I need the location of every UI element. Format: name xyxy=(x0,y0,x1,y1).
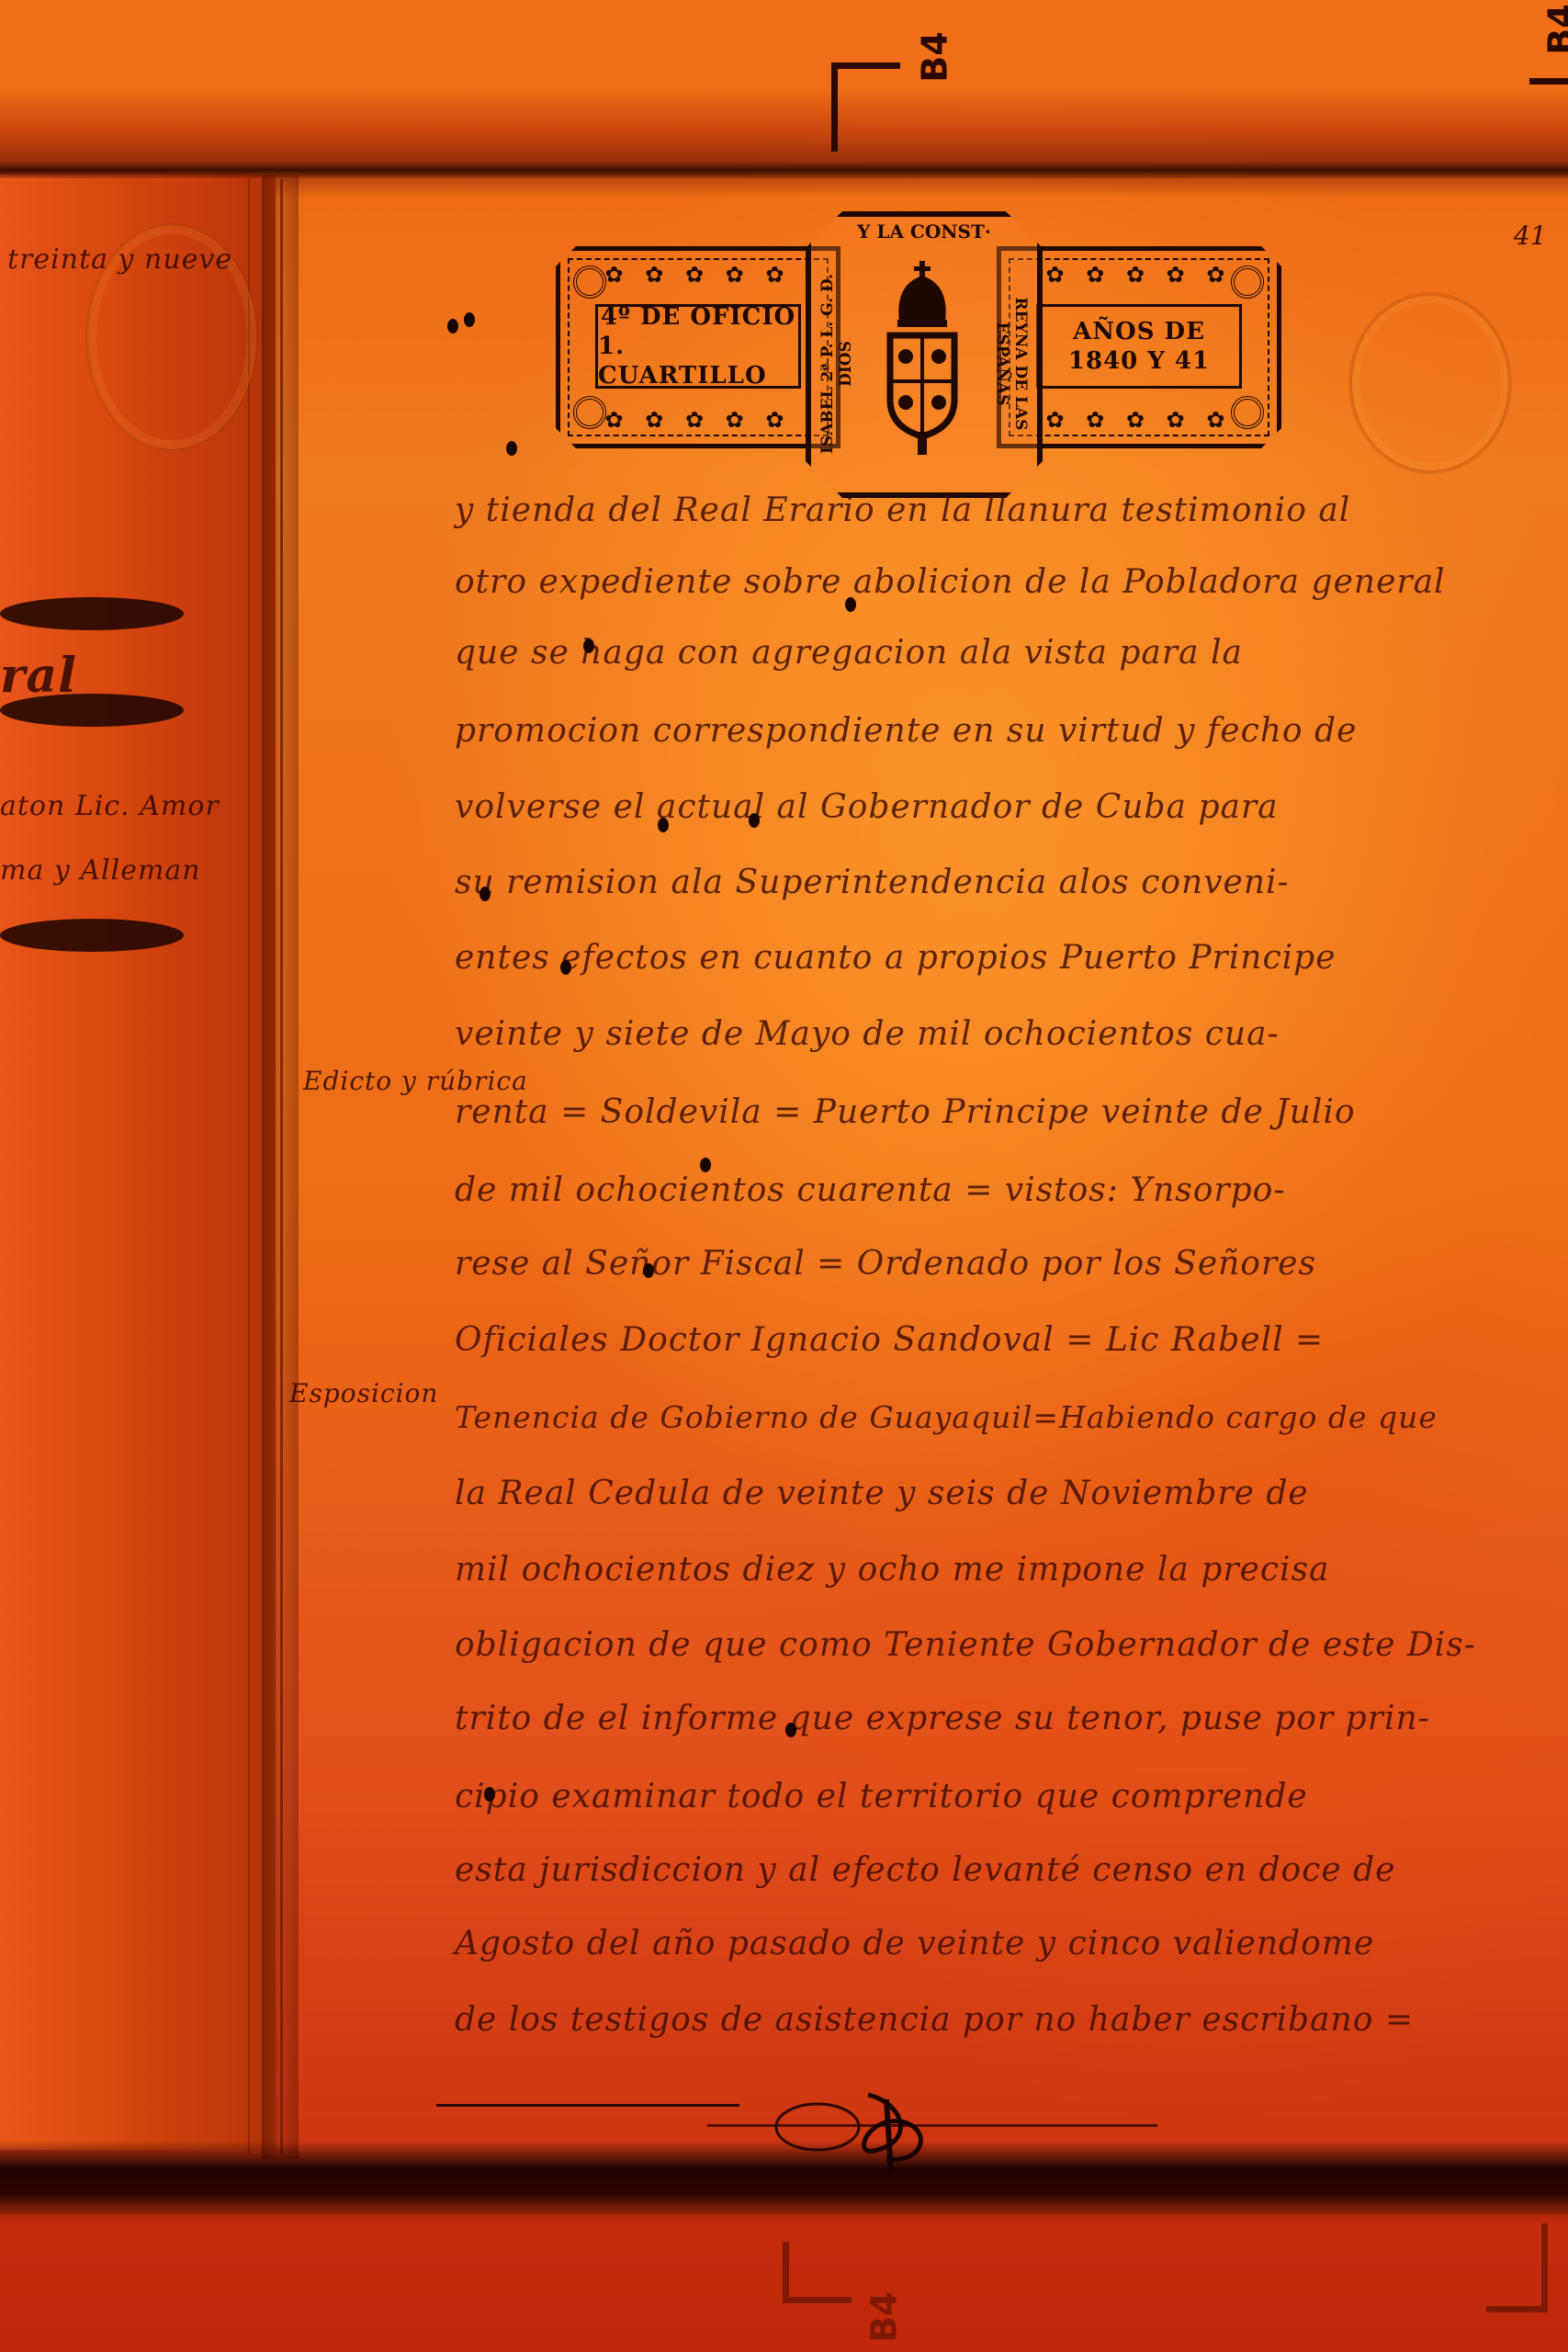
scan-bottom-strip xyxy=(0,2214,1568,2352)
circle-ornament-icon xyxy=(573,266,606,299)
stamp-right-text: AÑOS DE 1840 Y 41 xyxy=(1036,304,1242,389)
ink-blot xyxy=(658,818,669,832)
body-line: mil ochocientos diez y ocho me impone la… xyxy=(455,1551,1330,1589)
body-line: que se haga con agregacion ala vista par… xyxy=(455,634,1243,672)
stamp-center-top-text: Y LA CONST· xyxy=(811,220,1037,243)
body-line: y tienda del Real Erario en la llanura t… xyxy=(455,492,1350,529)
signature-flourish xyxy=(0,919,184,952)
body-line: cipio examinar todo el territorio que co… xyxy=(455,1778,1308,1815)
margin-note: Edicto y rúbrica xyxy=(303,1066,528,1096)
ink-blot xyxy=(785,1723,796,1737)
crop-mark-top-center xyxy=(831,62,900,152)
stamp-left-panel: ✿ ✿ ✿ ✿ ✿ 4º DE OFICIO 1. CUARTILLO ✿ ✿ … xyxy=(556,246,840,448)
ink-blot xyxy=(845,597,856,612)
stamp-center-left-text: ISABEL 2ª P. L. G. D. DIOS xyxy=(818,254,855,474)
body-line: Agosto del año pasado de veinte y cinco … xyxy=(455,1925,1374,1962)
crop-mark-top-right xyxy=(1529,78,1568,85)
ink-blot xyxy=(484,1787,495,1802)
ink-blot xyxy=(749,813,760,828)
tax-stamp: ✿ ✿ ✿ ✿ ✿ 4º DE OFICIO 1. CUARTILLO ✿ ✿ … xyxy=(556,211,1281,487)
folio-number: 41 xyxy=(1514,220,1547,251)
body-line: entes efectos en cuanto a propios Puerto… xyxy=(455,939,1337,977)
flower-ornament-icon: ✿ ✿ ✿ ✿ ✿ xyxy=(597,264,799,286)
stamp-denomination: 4º DE OFICIO xyxy=(601,302,795,332)
body-line: de los testigos de asistencia por no hab… xyxy=(455,2001,1414,2039)
crop-label-top-right: B4 xyxy=(1541,4,1568,54)
margin-note: Esposicion xyxy=(289,1378,438,1408)
signature-flourish xyxy=(0,694,184,727)
embossed-seal-right xyxy=(1350,294,1510,472)
body-line: promocion correspondiente en su virtud y… xyxy=(455,712,1357,750)
ink-blot xyxy=(506,441,517,456)
signature-flourish xyxy=(0,597,184,630)
page-bottom-shadow xyxy=(0,2141,1568,2223)
left-page-line: ma y Alleman xyxy=(0,854,201,887)
ink-blot xyxy=(700,1158,711,1172)
ink-blot xyxy=(447,319,458,334)
body-line: otro expediente sobre abolicion de la Po… xyxy=(455,563,1446,601)
flower-ornament-icon: ✿ ✿ ✿ ✿ ✿ xyxy=(1038,264,1240,286)
crown-coat-of-arms-icon xyxy=(872,248,973,459)
left-margin-line xyxy=(248,179,250,2154)
crop-label-top-center: B4 xyxy=(915,31,955,82)
closing-rule-left xyxy=(436,2104,739,2107)
ink-blot xyxy=(643,1263,654,1278)
stamp-left-text: 4º DE OFICIO 1. CUARTILLO xyxy=(595,304,801,389)
ink-blot xyxy=(479,887,491,901)
stamp-years-label: AÑOS DE xyxy=(1073,317,1205,346)
ink-blot xyxy=(464,312,475,327)
stamp-center-panel: Y LA CONST· ISABEL 2ª P. L. G. D. DIOS R… xyxy=(806,211,1043,498)
body-line: veinte y siete de Mayo de mil ochociento… xyxy=(455,1015,1280,1053)
body-line: volverse el actual al Gobernador de Cuba… xyxy=(455,788,1279,826)
flower-ornament-icon: ✿ ✿ ✿ ✿ ✿ xyxy=(1038,409,1240,431)
body-line: su remision ala Superintendencia alos co… xyxy=(455,864,1290,901)
body-line: rese al Señor Fiscal = Ordenado por los … xyxy=(455,1245,1316,1283)
stamp-value: 1. CUARTILLO xyxy=(598,332,798,390)
body-line: esta jurisdiccion y al efecto levanté ce… xyxy=(455,1851,1395,1889)
ink-blot xyxy=(560,960,571,975)
body-line: trito de el informe que exprese su tenor… xyxy=(455,1700,1430,1737)
flower-ornament-icon: ✿ ✿ ✿ ✿ ✿ xyxy=(597,409,799,431)
body-line: renta = Soldevila = Puerto Principe vein… xyxy=(455,1093,1356,1131)
body-line: Tenencia de Gobierno de Guayaquil=Habien… xyxy=(455,1399,1438,1435)
left-page-line: aton Lic. Amor xyxy=(0,790,220,822)
body-line: la Real Cedula de veinte y seis de Novie… xyxy=(455,1475,1309,1512)
circle-ornament-icon xyxy=(1231,266,1264,299)
left-page-fragment xyxy=(0,175,276,2150)
ink-blot xyxy=(583,639,594,653)
body-line: obligacion de que como Teniente Gobernad… xyxy=(455,1626,1476,1664)
stamp-years: 1840 Y 41 xyxy=(1068,346,1210,376)
page-top-edge xyxy=(0,162,1568,178)
stamp-center-right-text: REYNA DE LAS ESPAÑAS xyxy=(993,254,1030,474)
binding-line xyxy=(280,179,283,2154)
left-page-line: treinta y nueve xyxy=(7,243,232,276)
body-line: Oficiales Doctor Ignacio Sandoval = Lic … xyxy=(455,1321,1324,1359)
body-line: de mil ochocientos cuarenta = vistos: Yn… xyxy=(455,1171,1286,1209)
